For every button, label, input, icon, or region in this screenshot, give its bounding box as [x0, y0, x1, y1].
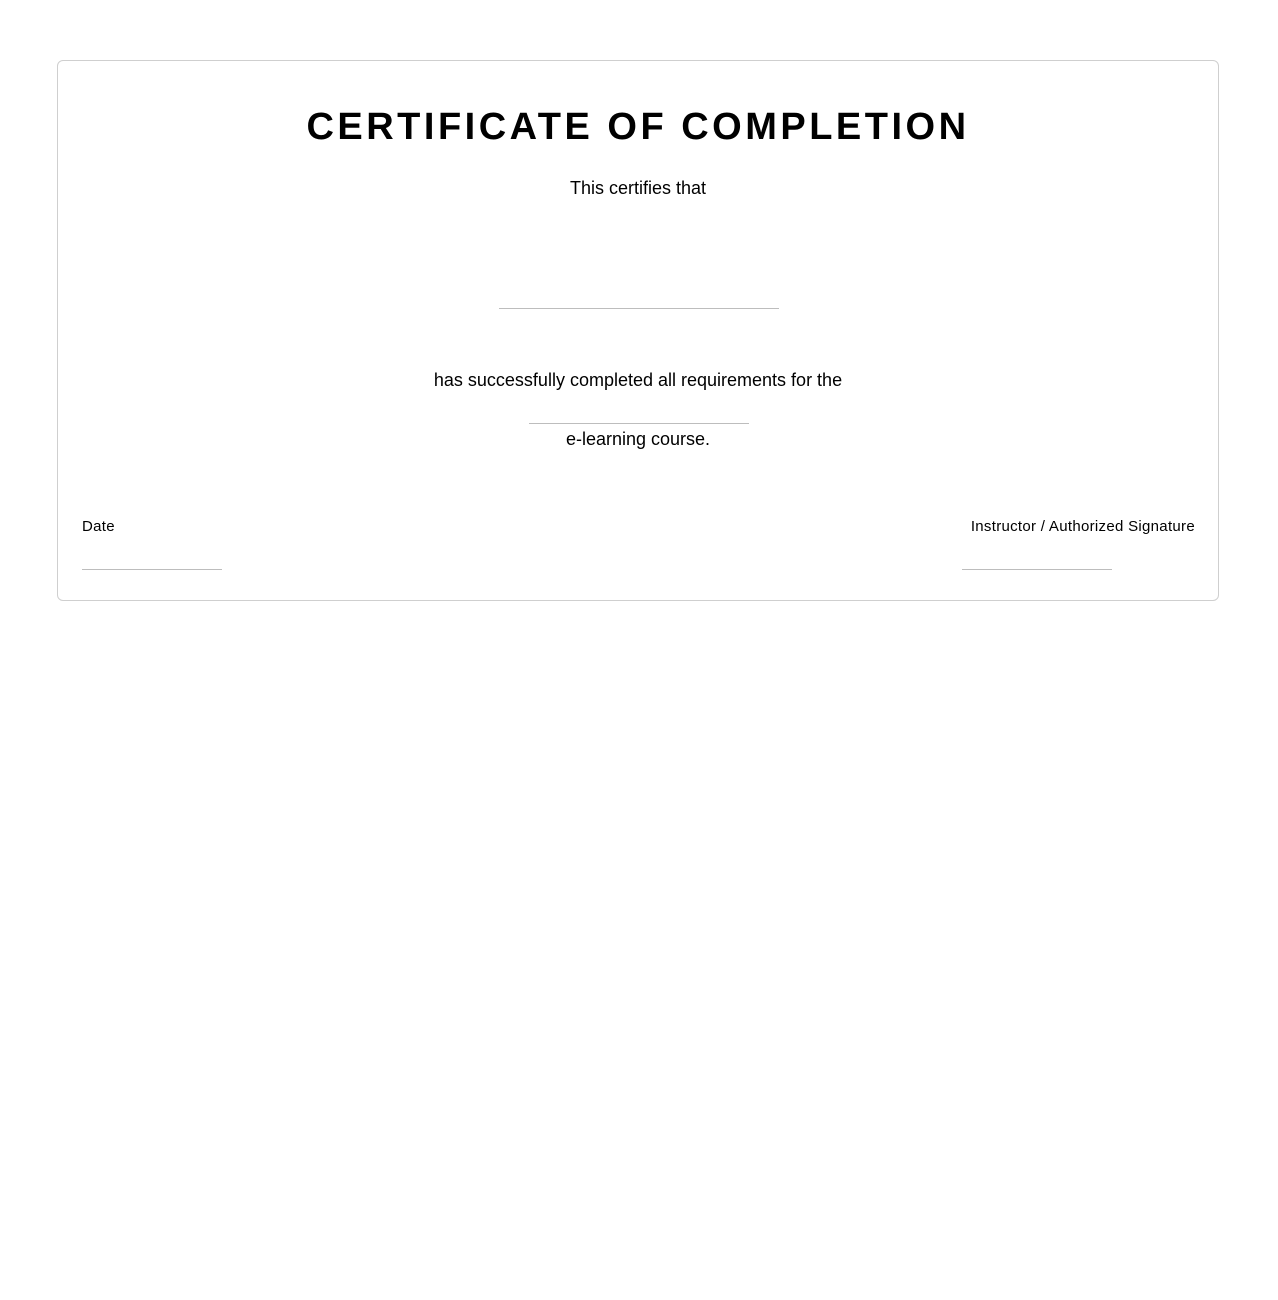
certificate-card: CERTIFICATE OF COMPLETION This certifies…	[57, 60, 1219, 601]
course-suffix-text: e-learning course.	[58, 428, 1218, 450]
signature-line	[962, 569, 1112, 570]
date-line	[82, 569, 222, 570]
course-name-line	[529, 423, 749, 424]
date-label: Date	[82, 518, 115, 536]
completed-text: has successfully completed all requireme…	[58, 369, 1218, 391]
certificate-title: CERTIFICATE OF COMPLETION	[58, 105, 1218, 149]
recipient-name-line	[499, 308, 779, 309]
certifies-text: This certifies that	[58, 177, 1218, 199]
signature-label: Instructor / Authorized Signature	[971, 518, 1195, 536]
